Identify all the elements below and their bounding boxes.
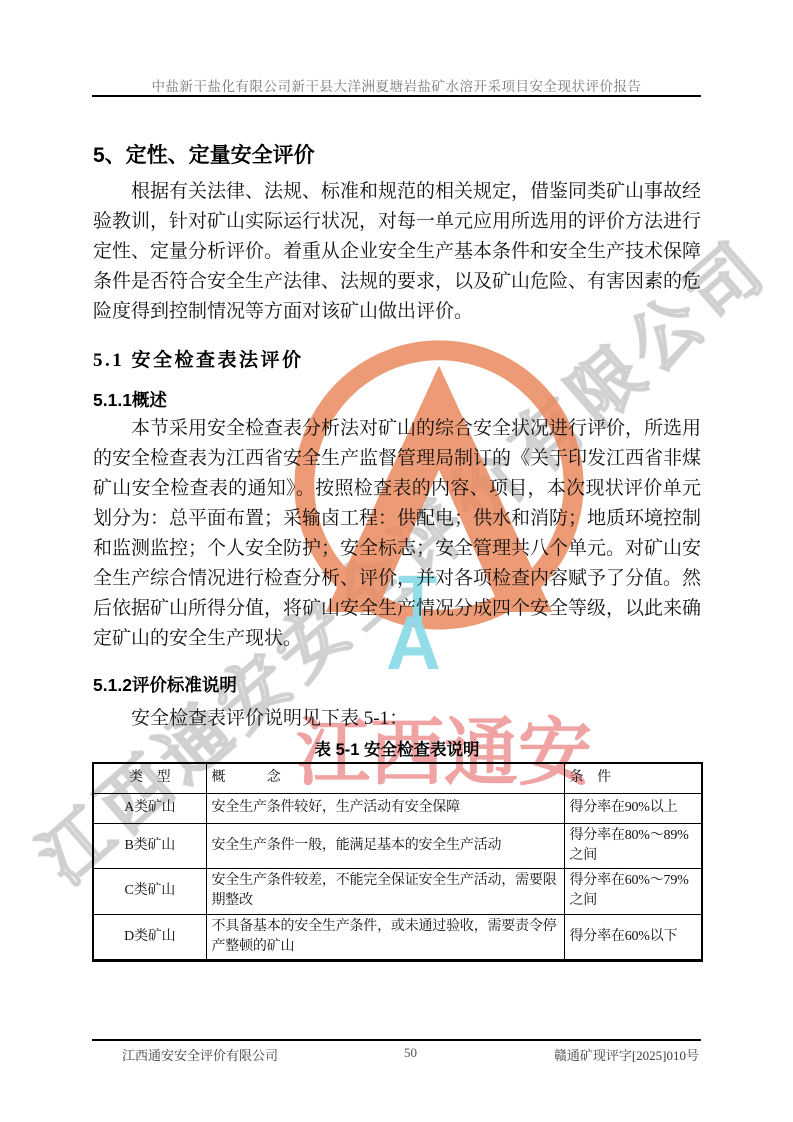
subsection-5-1-heading: 5.1 安全检查表法评价 xyxy=(93,345,304,372)
header-rule xyxy=(92,95,701,97)
cell-concept: 安全生产条件较差，不能完全保证安全生产活动，需要限期整改 xyxy=(206,868,564,914)
cell-condition: 得分率在60%以下 xyxy=(564,914,702,960)
cell-condition: 得分率在60%～79%之间 xyxy=(564,868,702,914)
cell-type: D类矿山 xyxy=(93,914,206,960)
table-row: B类矿山 安全生产条件一般，能满足基本的安全生产活动 得分率在80%～89%之间 xyxy=(93,823,702,868)
table-header-row: 类 型 概 念 条 件 xyxy=(93,763,702,793)
subsection-5-1-2-heading: 5.1.2评价标准说明 xyxy=(93,672,237,697)
table-intro-text: 安全检查表评价说明见下表 5-1： xyxy=(93,703,701,730)
table-row: C类矿山 安全生产条件较差，不能完全保证安全生产活动，需要限期整改 得分率在60… xyxy=(93,868,702,914)
page-header-title: 中盐新干盐化有限公司新干县大洋洲夏塘岩盐矿水溶开采项目安全现状评价报告 xyxy=(0,75,793,95)
table-row: D类矿山 不具备基本的安全生产条件，或未通过验收，需要责令停产整顿的矿山 得分率… xyxy=(93,914,702,960)
document-page: 江西通安安全评价有限公司 T A 江西通安 中盐新干盐化有限公司新干县大洋洲夏塘… xyxy=(0,0,793,1122)
paragraph-1: 根据有关法律、法规、标准和规范的相关规定，借鉴同类矿山事故经验教训，针对矿山实际… xyxy=(93,177,701,327)
cell-concept: 安全生产条件一般，能满足基本的安全生产活动 xyxy=(206,823,564,868)
cell-concept: 安全生产条件较好，生产活动有安全保障 xyxy=(206,793,564,823)
page-footer: 江西通安安全评价有限公司 50 赣通矿现评字[2025]010号 xyxy=(92,1045,701,1064)
cell-concept: 不具备基本的安全生产条件，或未通过验收，需要责令停产整顿的矿山 xyxy=(206,914,564,960)
paragraph-2: 本节采用安全检查表分析法对矿山的综合安全状况进行评价，所选用的安全检查表为江西省… xyxy=(93,414,701,654)
col-header-condition: 条 件 xyxy=(564,763,702,793)
col-header-concept: 概 念 xyxy=(206,763,564,793)
table-row: A类矿山 安全生产条件较好，生产活动有安全保障 得分率在90%以上 xyxy=(93,793,702,823)
section-heading: 5、定性、定量安全评价 xyxy=(93,139,700,169)
footer-page-number: 50 xyxy=(381,1045,441,1061)
checklist-table: 类 型 概 念 条 件 A类矿山 安全生产条件较好，生产活动有安全保障 得分率在… xyxy=(92,762,703,962)
cell-condition: 得分率在80%～89%之间 xyxy=(564,823,702,868)
table-caption: 表 5-1 安全检查表说明 xyxy=(93,736,701,760)
subsection-5-1-1-heading: 5.1.1概述 xyxy=(93,387,167,412)
col-header-type: 类 型 xyxy=(93,763,206,793)
footer-rule xyxy=(92,1039,701,1041)
cell-type: B类矿山 xyxy=(93,823,206,868)
footer-company: 江西通安安全评价有限公司 xyxy=(92,1045,381,1064)
footer-doc-number: 赣通矿现评字[2025]010号 xyxy=(441,1045,702,1064)
cell-type: C类矿山 xyxy=(93,868,206,914)
page-content: 中盐新干盐化有限公司新干县大洋洲夏塘岩盐矿水溶开采项目安全现状评价报告 5、定性… xyxy=(0,0,793,1122)
cell-condition: 得分率在90%以上 xyxy=(564,793,702,823)
cell-type: A类矿山 xyxy=(93,793,206,823)
